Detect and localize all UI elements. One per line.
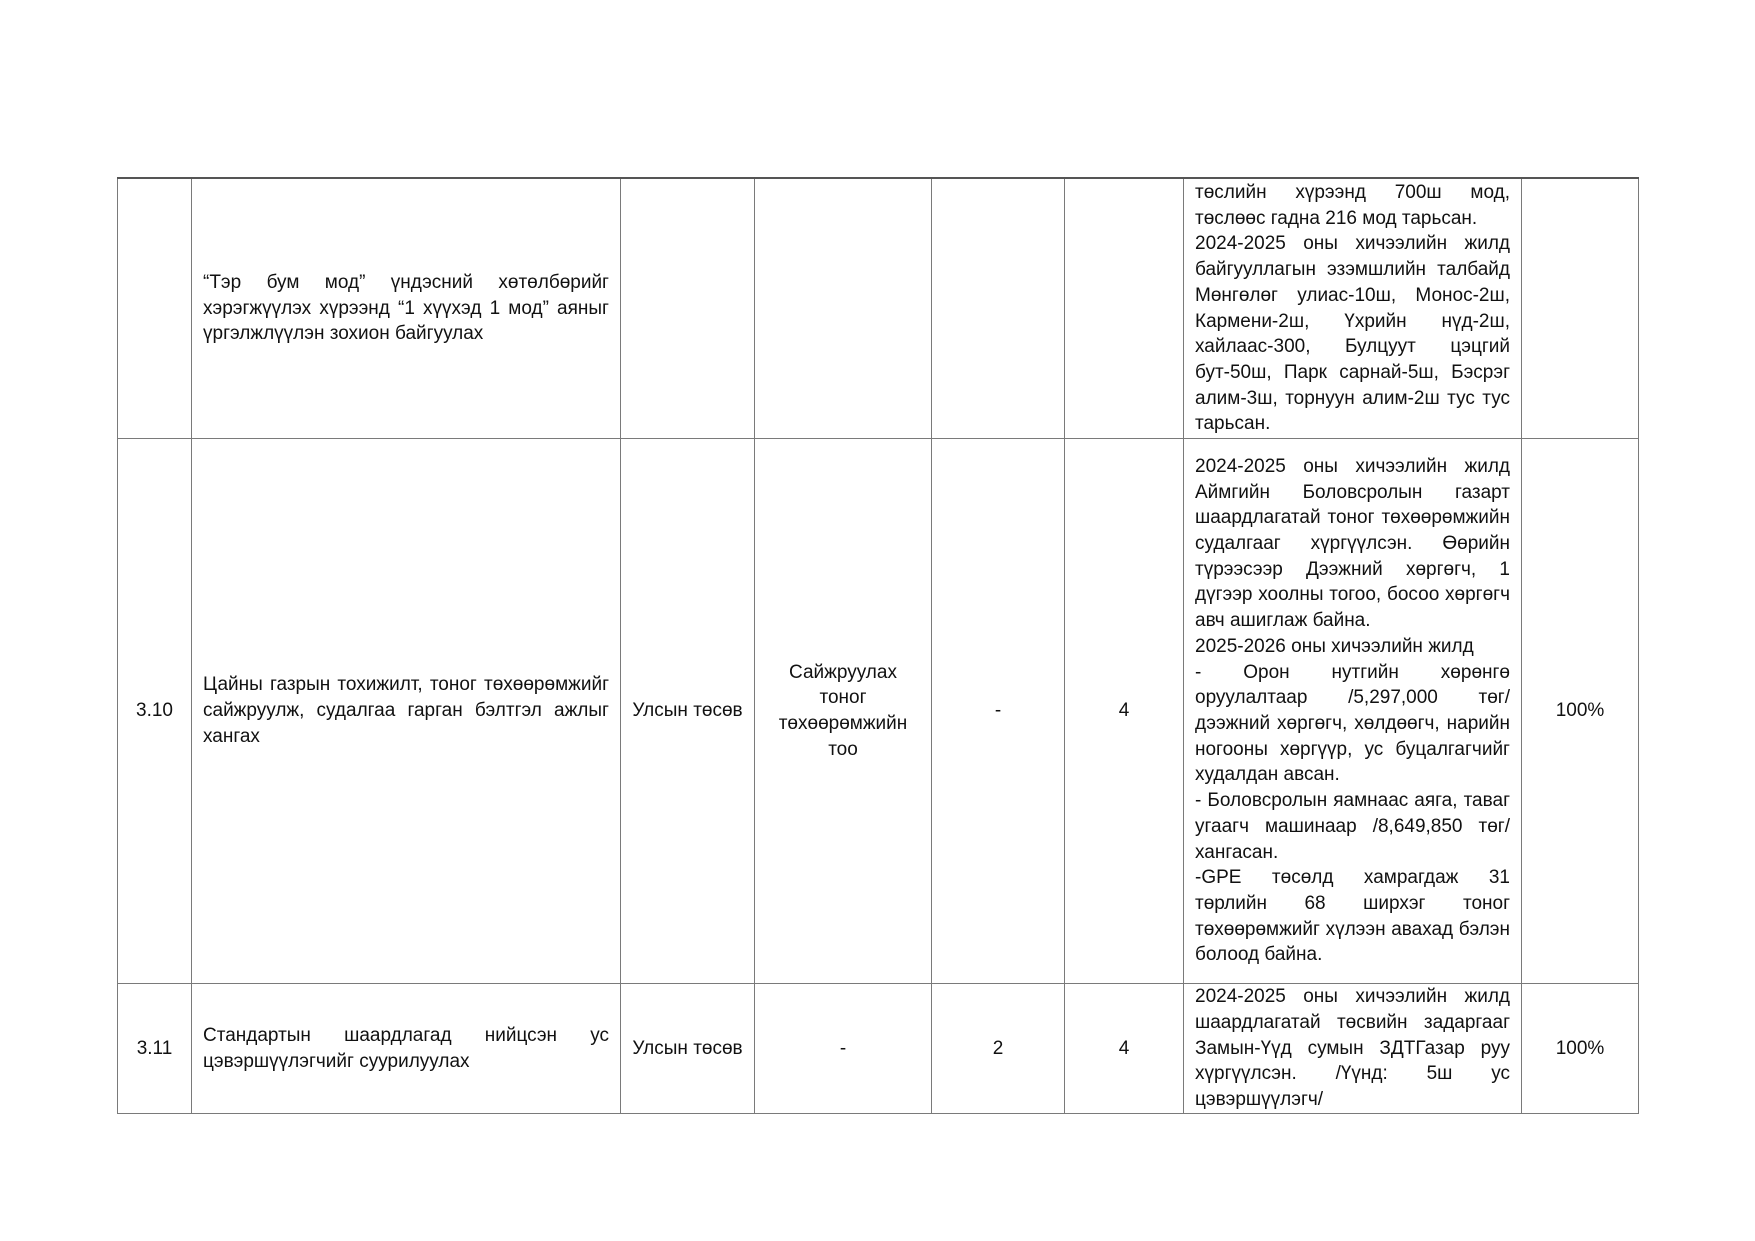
- activity-cell: “Тэр бум мод” үндэсний хөтөлбөрийг хэрэг…: [192, 178, 621, 439]
- result-paragraph: төслийн хүрээнд 700ш мод, төслөөс гадна …: [1195, 180, 1510, 231]
- activity-cell: Цайны газрын тохижилт, тоног төхөөрөмжий…: [192, 439, 621, 984]
- funding-cell: Улсын төсөв: [621, 984, 755, 1114]
- table-row: 3.11 Стандартын шаардлагад нийцсэн ус цэ…: [118, 984, 1639, 1114]
- result-paragraph: 2024-2025 оны хичээлийн жилд байгууллагы…: [1195, 231, 1510, 437]
- table-row: 3.10 Цайны газрын тохижилт, тоног төхөөр…: [118, 439, 1639, 984]
- baseline-cell: -: [932, 439, 1065, 984]
- result-cell: 2024-2025 оны хичээлийн жилд Аймгийн Бол…: [1184, 439, 1522, 984]
- row-number: [118, 178, 192, 439]
- target-cell: 4: [1065, 984, 1184, 1114]
- indicator-cell: Сайжруулах тоног төхөөрөмжийн тоо: [755, 439, 932, 984]
- percent-cell: [1522, 178, 1639, 439]
- result-paragraph: - Боловсролын яамнаас аяга, таваг угаагч…: [1195, 788, 1510, 865]
- indicator-cell: [755, 178, 932, 439]
- result-paragraph: - Орон нутгийн хөрөнгө оруулалтаар /5,29…: [1195, 660, 1510, 789]
- result-cell: төслийн хүрээнд 700ш мод, төслөөс гадна …: [1184, 178, 1522, 439]
- baseline-cell: [932, 178, 1065, 439]
- result-cell: 2024-2025 оны хичээлийн жилд шаардлагата…: [1184, 984, 1522, 1114]
- funding-cell: Улсын төсөв: [621, 439, 755, 984]
- result-paragraph: 2024-2025 оны хичээлийн жилд Аймгийн Бол…: [1195, 454, 1510, 634]
- result-paragraph: 2024-2025 оны хичээлийн жилд шаардлагата…: [1195, 984, 1510, 1113]
- baseline-cell: 2: [932, 984, 1065, 1114]
- target-cell: 4: [1065, 439, 1184, 984]
- target-cell: [1065, 178, 1184, 439]
- action-plan-table: “Тэр бум мод” үндэсний хөтөлбөрийг хэрэг…: [117, 177, 1639, 1114]
- result-paragraph: -GPE төсөлд хамрагдаж 31 төрлийн 68 ширх…: [1195, 865, 1510, 968]
- row-number: 3.11: [118, 984, 192, 1114]
- percent-cell: 100%: [1522, 439, 1639, 984]
- percent-cell: 100%: [1522, 984, 1639, 1114]
- activity-cell: Стандартын шаардлагад нийцсэн ус цэвэршү…: [192, 984, 621, 1114]
- table-row: “Тэр бум мод” үндэсний хөтөлбөрийг хэрэг…: [118, 178, 1639, 439]
- indicator-cell: -: [755, 984, 932, 1114]
- funding-cell: [621, 178, 755, 439]
- row-number: 3.10: [118, 439, 192, 984]
- result-paragraph: 2025-2026 оны хичээлийн жилд: [1195, 634, 1510, 660]
